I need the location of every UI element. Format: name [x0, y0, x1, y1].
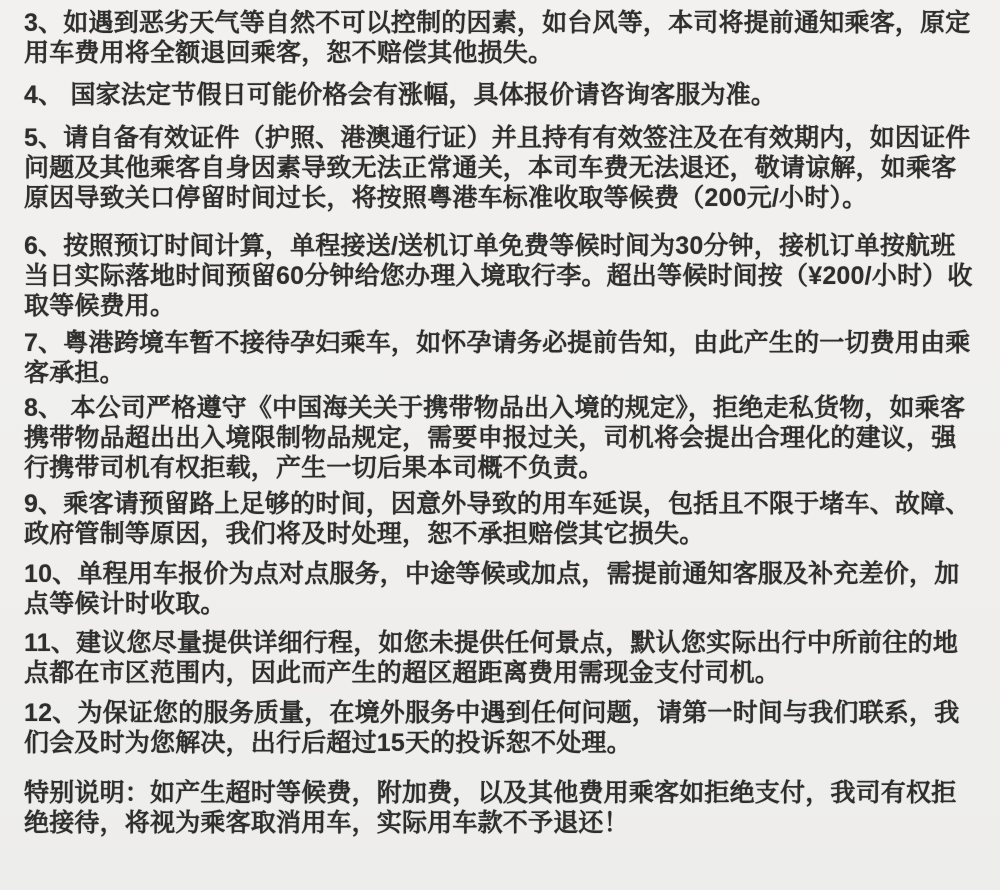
term-item-8: 8、 本公司严格遵守《中国海关关于携带物品出入境的规定》，拒绝走私货物，如乘客携…: [24, 393, 974, 483]
term-item-11: 11、建议您尽量提供详细行程，如您未提供任何景点，默认您实际出行中所前往的地点都…: [24, 628, 974, 688]
term-item-9: 9、乘客请预留路上足够的时间，因意外导致的用车延误，包括且不限于堵车、故障、政府…: [24, 489, 974, 549]
terms-document: 3、如遇到恶劣天气等自然不可以控制的因素，如台风等，本司将提前通知乘客，原定用车…: [0, 0, 1000, 890]
term-item-5: 5、请自备有效证件（护照、港澳通行证）并且持有有效签注及在有效期内，如因证件问题…: [24, 123, 974, 213]
term-item-4: 4、 国家法定节假日可能价格会有涨幅，具体报价请咨询客服为准。: [24, 80, 974, 110]
special-note: 特别说明：如产生超时等候费，附加费，以及其他费用乘客如拒绝支付，我司有权拒绝接待…: [24, 778, 974, 838]
term-item-3: 3、如遇到恶劣天气等自然不可以控制的因素，如台风等，本司将提前通知乘客，原定用车…: [24, 8, 974, 68]
term-item-10: 10、单程用车报价为点对点服务，中途等候或加点，需提前通知客服及补充差价，加点等…: [24, 559, 974, 619]
term-item-12: 12、为保证您的服务质量，在境外服务中遇到任何问题，请第一时间与我们联系，我们会…: [24, 698, 974, 758]
term-item-6: 6、按照预订时间计算，单程接送/送机订单免费等候时间为30分钟，接机订单按航班当…: [24, 231, 974, 321]
term-item-7: 7、粤港跨境车暂不接待孕妇乘车，如怀孕请务必提前告知，由此产生的一切费用由乘客承…: [24, 328, 974, 388]
